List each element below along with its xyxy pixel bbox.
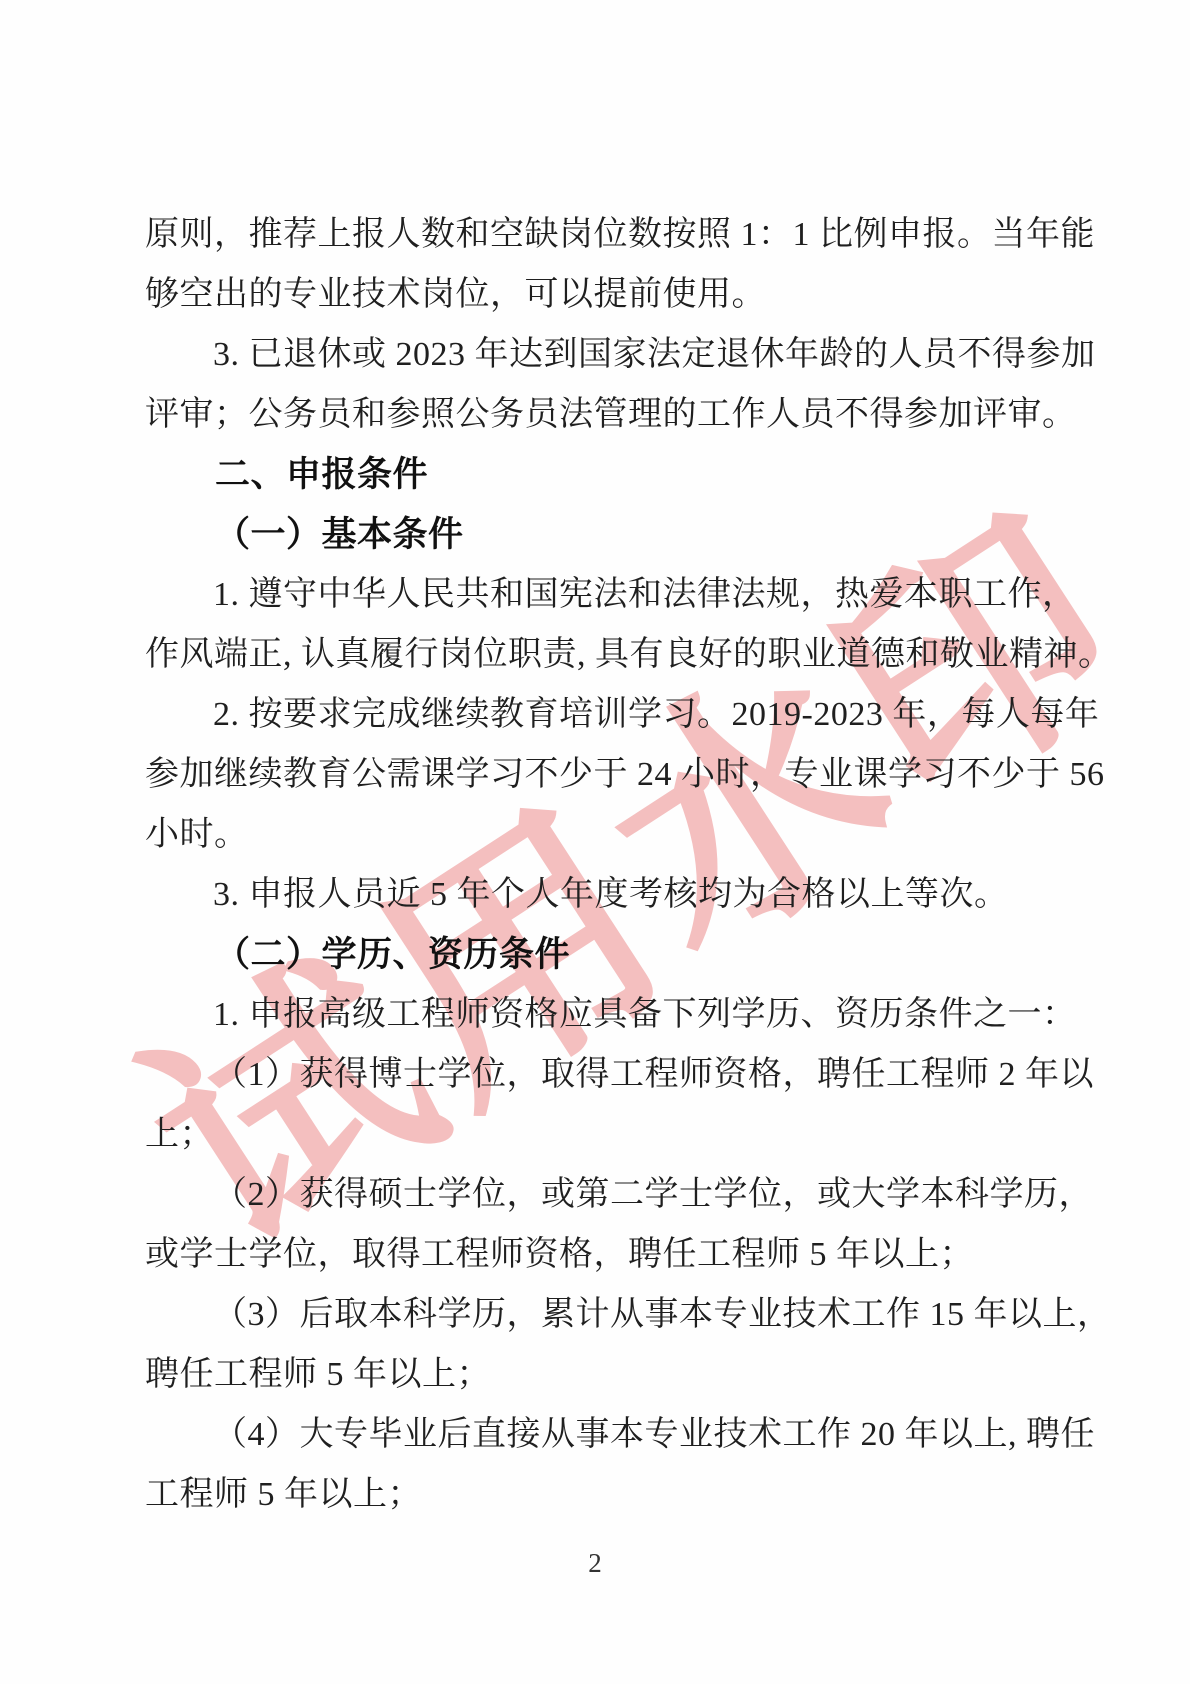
subsection-heading: （二）学历、资历条件 xyxy=(145,925,1070,985)
text-line: 小时。 xyxy=(145,805,1070,865)
text-line: 原则，推荐上报人数和空缺岗位数按照 1：1 比例申报。当年能 xyxy=(145,205,1070,265)
text-line: 1. 申报高级工程师资格应具备下列学历、资历条件之一： xyxy=(145,985,1070,1045)
document-page: 试用水印 原则，推荐上报人数和空缺岗位数按照 1：1 比例申报。当年能 够空出的… xyxy=(0,0,1190,1684)
text-line: 上； xyxy=(145,1105,1070,1165)
section-heading: 二、申报条件 xyxy=(145,445,1070,505)
text-line: 3. 已退休或 2023 年达到国家法定退休年龄的人员不得参加 xyxy=(145,325,1070,385)
text-line: 1. 遵守中华人民共和国宪法和法律法规，热爱本职工作， xyxy=(145,565,1070,625)
text-line: （4）大专毕业后直接从事本专业技术工作 20 年以上, 聘任 xyxy=(145,1405,1070,1465)
text-line: 评审；公务员和参照公务员法管理的工作人员不得参加评审。 xyxy=(145,385,1070,445)
text-line: 或学士学位，取得工程师资格，聘任工程师 5 年以上； xyxy=(145,1225,1070,1285)
text-line: （1）获得博士学位，取得工程师资格，聘任工程师 2 年以 xyxy=(145,1045,1070,1105)
text-line: （2）获得硕士学位，或第二学士学位，或大学本科学历， xyxy=(145,1165,1070,1225)
text-line: 参加继续教育公需课学习不少于 24 小时，专业课学习不少于 56 xyxy=(145,745,1070,805)
text-line: 作风端正, 认真履行岗位职责, 具有良好的职业道德和敬业精神。 xyxy=(145,625,1070,685)
text-line: 聘任工程师 5 年以上； xyxy=(145,1345,1070,1405)
page-number: 2 xyxy=(0,1548,1190,1579)
text-line: 2. 按要求完成继续教育培训学习。2019-2023 年，每人每年 xyxy=(145,685,1070,745)
text-line: 够空出的专业技术岗位，可以提前使用。 xyxy=(145,265,1070,325)
text-line: 工程师 5 年以上； xyxy=(145,1465,1070,1525)
subsection-heading: （一）基本条件 xyxy=(145,505,1070,565)
document-body: 原则，推荐上报人数和空缺岗位数按照 1：1 比例申报。当年能 够空出的专业技术岗… xyxy=(145,205,1070,1525)
text-line: （3）后取本科学历，累计从事本专业技术工作 15 年以上， xyxy=(145,1285,1070,1345)
text-line: 3. 申报人员近 5 年个人年度考核均为合格以上等次。 xyxy=(145,865,1070,925)
